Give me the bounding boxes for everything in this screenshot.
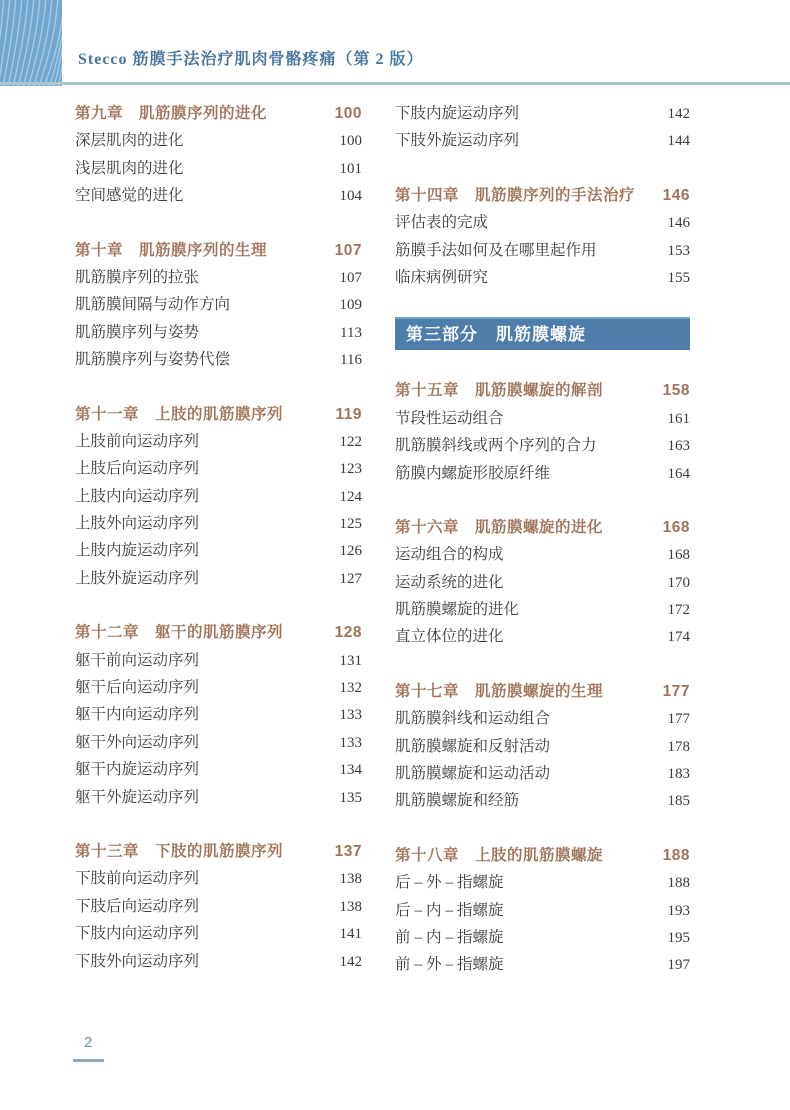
toc-block: 第十二章 躯干的肌筋膜序列128躯干前向运动序列131躯干后向运动序列132躯干… <box>75 619 362 811</box>
toc-entry-label: 躯干内向运动序列 <box>75 701 199 728</box>
toc-block: 第十三章 下肢的肌筋膜序列137下肢前向运动序列138下肢后向运动序列138下肢… <box>75 838 362 975</box>
toc-entry-page: 113 <box>340 320 362 347</box>
toc-chapter-row: 第十六章 肌筋膜螺旋的进化168 <box>395 514 690 541</box>
toc-entry-page: 185 <box>668 788 691 815</box>
toc-item-row: 下肢外旋运动序列144 <box>395 127 690 154</box>
toc-chapter-title: 第十二章 躯干的肌筋膜序列 <box>75 619 283 646</box>
folio-page-number: 2 <box>84 1034 92 1051</box>
toc-entry-label: 躯干前向运动序列 <box>75 647 199 674</box>
toc-entry-page: 142 <box>340 949 363 976</box>
toc-item-row: 肌筋膜序列与姿势代偿116 <box>75 346 362 373</box>
toc-item-row: 躯干内旋运动序列134 <box>75 756 362 783</box>
toc-entry-page: 174 <box>668 624 691 651</box>
toc-chapter-row: 第九章 肌筋膜序列的进化100 <box>75 100 362 127</box>
toc-entry-page: 178 <box>668 734 691 761</box>
toc-chapter-title: 第十八章 上肢的肌筋膜螺旋 <box>395 842 603 869</box>
toc-entry-page: 127 <box>340 566 363 593</box>
toc-entry-page: 124 <box>340 484 363 511</box>
toc-item-row: 肌筋膜螺旋和运动活动183 <box>395 760 690 787</box>
toc-entry-label: 躯干内旋运动序列 <box>75 756 199 783</box>
toc-chapter-page: 137 <box>335 838 362 865</box>
toc-entry-label: 后 – 外 – 指螺旋 <box>395 869 504 896</box>
toc-chapter-page: 100 <box>335 100 362 127</box>
toc-entry-label: 上肢外向运动序列 <box>75 510 199 537</box>
toc-entry-label: 肌筋膜螺旋和经筋 <box>395 787 519 814</box>
toc-entry-page: 131 <box>340 648 363 675</box>
toc-entry-page: 132 <box>340 675 363 702</box>
toc-entry-page: 101 <box>340 156 363 183</box>
toc-entry-label: 节段性运动组合 <box>395 405 504 432</box>
toc-item-row: 上肢内旋运动序列126 <box>75 537 362 564</box>
toc-entry-page: 134 <box>340 757 363 784</box>
toc-entry-label: 筋膜内螺旋形胶原纤维 <box>395 460 550 487</box>
toc-chapter-row: 第十八章 上肢的肌筋膜螺旋188 <box>395 842 690 869</box>
toc-chapter-title: 第十三章 下肢的肌筋膜序列 <box>75 838 283 865</box>
toc-entry-page: 161 <box>668 406 691 433</box>
toc-item-row: 运动组合的构成168 <box>395 541 690 568</box>
toc-item-row: 肌筋膜斜线和运动组合177 <box>395 705 690 732</box>
toc-item-row: 躯干后向运动序列132 <box>75 674 362 701</box>
toc-entry-page: 133 <box>340 730 363 757</box>
table-of-contents: 第九章 肌筋膜序列的进化100深层肌肉的进化100浅层肌肉的进化101空间感觉的… <box>75 100 715 979</box>
folio-underline <box>73 1059 104 1062</box>
toc-entry-page: 163 <box>668 433 691 460</box>
toc-item-row: 躯干前向运动序列131 <box>75 647 362 674</box>
toc-entry-page: 135 <box>340 785 363 812</box>
toc-block: 第十五章 肌筋膜螺旋的解剖158节段性运动组合161肌筋膜斜线或两个序列的合力1… <box>395 377 690 487</box>
toc-entry-page: 100 <box>340 128 363 155</box>
book-title: Stecco 筋膜手法治疗肌肉骨骼疼痛（第 2 版） <box>78 46 424 69</box>
toc-item-row: 肌筋膜螺旋和反射活动178 <box>395 733 690 760</box>
toc-entry-page: 153 <box>668 238 691 265</box>
toc-block: 第十四章 肌筋膜序列的手法治疗146评估表的完成146筋膜手法如何及在哪里起作用… <box>395 182 690 292</box>
toc-item-row: 前 – 外 – 指螺旋197 <box>395 951 690 978</box>
toc-entry-label: 肌筋膜螺旋的进化 <box>395 596 519 623</box>
part-banner: 第三部分 肌筋膜螺旋 <box>395 317 690 350</box>
toc-item-row: 后 – 外 – 指螺旋188 <box>395 869 690 896</box>
toc-entry-label: 下肢后向运动序列 <box>75 893 199 920</box>
toc-chapter-title: 第十五章 肌筋膜螺旋的解剖 <box>395 377 603 404</box>
toc-entry-page: 104 <box>340 183 363 210</box>
toc-item-row: 下肢外向运动序列142 <box>75 948 362 975</box>
toc-chapter-title: 第九章 肌筋膜序列的进化 <box>75 100 267 127</box>
toc-item-row: 上肢后向运动序列123 <box>75 455 362 482</box>
toc-block: 第十七章 肌筋膜螺旋的生理177肌筋膜斜线和运动组合177肌筋膜螺旋和反射活动1… <box>395 678 690 815</box>
toc-entry-label: 肌筋膜间隔与动作方向 <box>75 291 230 318</box>
toc-chapter-title: 第十七章 肌筋膜螺旋的生理 <box>395 678 603 705</box>
toc-item-row: 肌筋膜斜线或两个序列的合力163 <box>395 432 690 459</box>
toc-item-row: 临床病例研究155 <box>395 264 690 291</box>
toc-entry-label: 空间感觉的进化 <box>75 182 184 209</box>
toc-entry-page: 168 <box>668 542 691 569</box>
toc-entry-label: 肌筋膜斜线和运动组合 <box>395 705 550 732</box>
toc-entry-label: 肌筋膜序列与姿势代偿 <box>75 346 230 373</box>
toc-item-row: 直立体位的进化174 <box>395 623 690 650</box>
toc-item-row: 筋膜内螺旋形胶原纤维164 <box>395 460 690 487</box>
toc-entry-label: 下肢外旋运动序列 <box>395 127 519 154</box>
toc-entry-label: 前 – 内 – 指螺旋 <box>395 924 504 951</box>
toc-entry-label: 上肢后向运动序列 <box>75 455 199 482</box>
toc-chapter-row: 第十二章 躯干的肌筋膜序列128 <box>75 619 362 646</box>
toc-chapter-title: 第十六章 肌筋膜螺旋的进化 <box>395 514 603 541</box>
toc-entry-label: 下肢前向运动序列 <box>75 865 199 892</box>
toc-item-row: 前 – 内 – 指螺旋195 <box>395 924 690 951</box>
toc-entry-label: 躯干后向运动序列 <box>75 674 199 701</box>
toc-chapter-page: 107 <box>335 237 362 264</box>
toc-item-row: 肌筋膜序列与姿势113 <box>75 319 362 346</box>
toc-item-row: 肌筋膜螺旋和经筋185 <box>395 787 690 814</box>
toc-entry-page: 125 <box>340 511 363 538</box>
toc-entry-page: 146 <box>668 210 691 237</box>
toc-block: 第十六章 肌筋膜螺旋的进化168运动组合的构成168运动系统的进化170肌筋膜螺… <box>395 514 690 651</box>
toc-right-column: 下肢内旋运动序列142下肢外旋运动序列144第十四章 肌筋膜序列的手法治疗146… <box>395 100 690 979</box>
toc-item-row: 肌筋膜序列的拉张107 <box>75 264 362 291</box>
toc-entry-page: 133 <box>340 702 363 729</box>
toc-item-row: 上肢内向运动序列124 <box>75 483 362 510</box>
toc-item-row: 浅层肌肉的进化101 <box>75 155 362 182</box>
toc-entry-page: 141 <box>340 921 363 948</box>
toc-entry-label: 上肢前向运动序列 <box>75 428 199 455</box>
toc-chapter-page: 119 <box>335 401 362 428</box>
toc-entry-label: 评估表的完成 <box>395 209 488 236</box>
wave-pattern-icon <box>0 0 62 86</box>
toc-entry-page: 144 <box>668 128 691 155</box>
toc-item-row: 下肢后向运动序列138 <box>75 893 362 920</box>
toc-item-row: 肌筋膜螺旋的进化172 <box>395 596 690 623</box>
toc-entry-page: 193 <box>668 898 691 925</box>
toc-entry-label: 肌筋膜螺旋和运动活动 <box>395 760 550 787</box>
toc-left-column: 第九章 肌筋膜序列的进化100深层肌肉的进化100浅层肌肉的进化101空间感觉的… <box>75 100 362 979</box>
toc-entry-label: 浅层肌肉的进化 <box>75 155 184 182</box>
toc-item-row: 运动系统的进化170 <box>395 569 690 596</box>
toc-chapter-row: 第十四章 肌筋膜序列的手法治疗146 <box>395 182 690 209</box>
toc-entry-page: 107 <box>340 265 363 292</box>
toc-entry-label: 肌筋膜斜线或两个序列的合力 <box>395 432 597 459</box>
toc-chapter-page: 158 <box>663 377 690 404</box>
toc-entry-label: 运动组合的构成 <box>395 541 504 568</box>
toc-item-row: 肌筋膜间隔与动作方向109 <box>75 291 362 318</box>
toc-entry-label: 运动系统的进化 <box>395 569 504 596</box>
toc-entry-page: 109 <box>340 292 363 319</box>
toc-entry-page: 122 <box>340 429 363 456</box>
toc-chapter-page: 168 <box>663 514 690 541</box>
toc-entry-label: 深层肌肉的进化 <box>75 127 184 154</box>
toc-block: 第九章 肌筋膜序列的进化100深层肌肉的进化100浅层肌肉的进化101空间感觉的… <box>75 100 362 210</box>
part-banner-title: 第三部分 肌筋膜螺旋 <box>406 325 586 344</box>
toc-entry-page: 142 <box>668 101 691 128</box>
toc-item-row: 躯干外旋运动序列135 <box>75 784 362 811</box>
toc-chapter-row: 第十章 肌筋膜序列的生理107 <box>75 237 362 264</box>
toc-entry-label: 肌筋膜序列的拉张 <box>75 264 199 291</box>
decorative-wave-band <box>0 0 62 86</box>
toc-item-row: 评估表的完成146 <box>395 209 690 236</box>
toc-entry-label: 躯干外旋运动序列 <box>75 784 199 811</box>
toc-item-row: 上肢前向运动序列122 <box>75 428 362 455</box>
toc-entry-label: 上肢内旋运动序列 <box>75 537 199 564</box>
toc-chapter-row: 第十一章 上肢的肌筋膜序列119 <box>75 401 362 428</box>
toc-entry-page: 126 <box>340 538 363 565</box>
toc-entry-label: 后 – 内 – 指螺旋 <box>395 897 504 924</box>
toc-entry-label: 筋膜手法如何及在哪里起作用 <box>395 237 597 264</box>
toc-block: 第十八章 上肢的肌筋膜螺旋188后 – 外 – 指螺旋188后 – 内 – 指螺… <box>395 842 690 979</box>
toc-entry-label: 前 – 外 – 指螺旋 <box>395 951 504 978</box>
toc-item-row: 躯干外向运动序列133 <box>75 729 362 756</box>
toc-entry-page: 138 <box>340 894 363 921</box>
toc-chapter-row: 第十七章 肌筋膜螺旋的生理177 <box>395 678 690 705</box>
toc-entry-label: 下肢内向运动序列 <box>75 920 199 947</box>
toc-entry-label: 肌筋膜序列与姿势 <box>75 319 199 346</box>
toc-entry-page: 116 <box>340 347 362 374</box>
toc-item-row: 深层肌肉的进化100 <box>75 127 362 154</box>
toc-chapter-page: 177 <box>663 678 690 705</box>
toc-chapter-row: 第十三章 下肢的肌筋膜序列137 <box>75 838 362 865</box>
toc-item-row: 下肢内向运动序列141 <box>75 920 362 947</box>
toc-chapter-page: 128 <box>335 619 362 646</box>
toc-item-row: 上肢外向运动序列125 <box>75 510 362 537</box>
toc-entry-label: 上肢外旋运动序列 <box>75 565 199 592</box>
toc-entry-page: 195 <box>668 925 691 952</box>
toc-entry-label: 下肢外向运动序列 <box>75 948 199 975</box>
toc-entry-page: 155 <box>668 265 691 292</box>
toc-item-row: 筋膜手法如何及在哪里起作用153 <box>395 237 690 264</box>
toc-item-row: 节段性运动组合161 <box>395 405 690 432</box>
toc-chapter-title: 第十一章 上肢的肌筋膜序列 <box>75 401 283 428</box>
toc-entry-label: 上肢内向运动序列 <box>75 483 199 510</box>
toc-entry-page: 183 <box>668 761 691 788</box>
toc-entry-label: 躯干外向运动序列 <box>75 729 199 756</box>
toc-entry-page: 188 <box>668 870 691 897</box>
toc-entry-page: 138 <box>340 866 363 893</box>
toc-chapter-page: 188 <box>663 842 690 869</box>
toc-entry-page: 197 <box>668 952 691 979</box>
toc-entry-label: 下肢内旋运动序列 <box>395 100 519 127</box>
toc-chapter-title: 第十章 肌筋膜序列的生理 <box>75 237 267 264</box>
toc-item-row: 空间感觉的进化104 <box>75 182 362 209</box>
toc-item-row: 上肢外旋运动序列127 <box>75 565 362 592</box>
toc-entry-page: 172 <box>668 597 691 624</box>
toc-block: 第十一章 上肢的肌筋膜序列119上肢前向运动序列122上肢后向运动序列123上肢… <box>75 401 362 593</box>
toc-entry-page: 177 <box>668 706 691 733</box>
toc-entry-page: 170 <box>668 570 691 597</box>
toc-entry-label: 肌筋膜螺旋和反射活动 <box>395 733 550 760</box>
toc-block: 第十章 肌筋膜序列的生理107肌筋膜序列的拉张107肌筋膜间隔与动作方向109肌… <box>75 237 362 374</box>
toc-entry-label: 临床病例研究 <box>395 264 488 291</box>
toc-item-row: 躯干内向运动序列133 <box>75 701 362 728</box>
toc-chapter-title: 第十四章 肌筋膜序列的手法治疗 <box>395 182 635 209</box>
header-divider <box>0 82 790 85</box>
toc-entry-label: 直立体位的进化 <box>395 623 504 650</box>
toc-entry-page: 164 <box>668 461 691 488</box>
toc-chapter-page: 146 <box>663 182 690 209</box>
toc-entry-page: 123 <box>340 456 363 483</box>
toc-chapter-row: 第十五章 肌筋膜螺旋的解剖158 <box>395 377 690 404</box>
toc-item-row: 下肢前向运动序列138 <box>75 865 362 892</box>
toc-item-row: 后 – 内 – 指螺旋193 <box>395 897 690 924</box>
toc-block: 下肢内旋运动序列142下肢外旋运动序列144 <box>395 100 690 155</box>
toc-item-row: 下肢内旋运动序列142 <box>395 100 690 127</box>
